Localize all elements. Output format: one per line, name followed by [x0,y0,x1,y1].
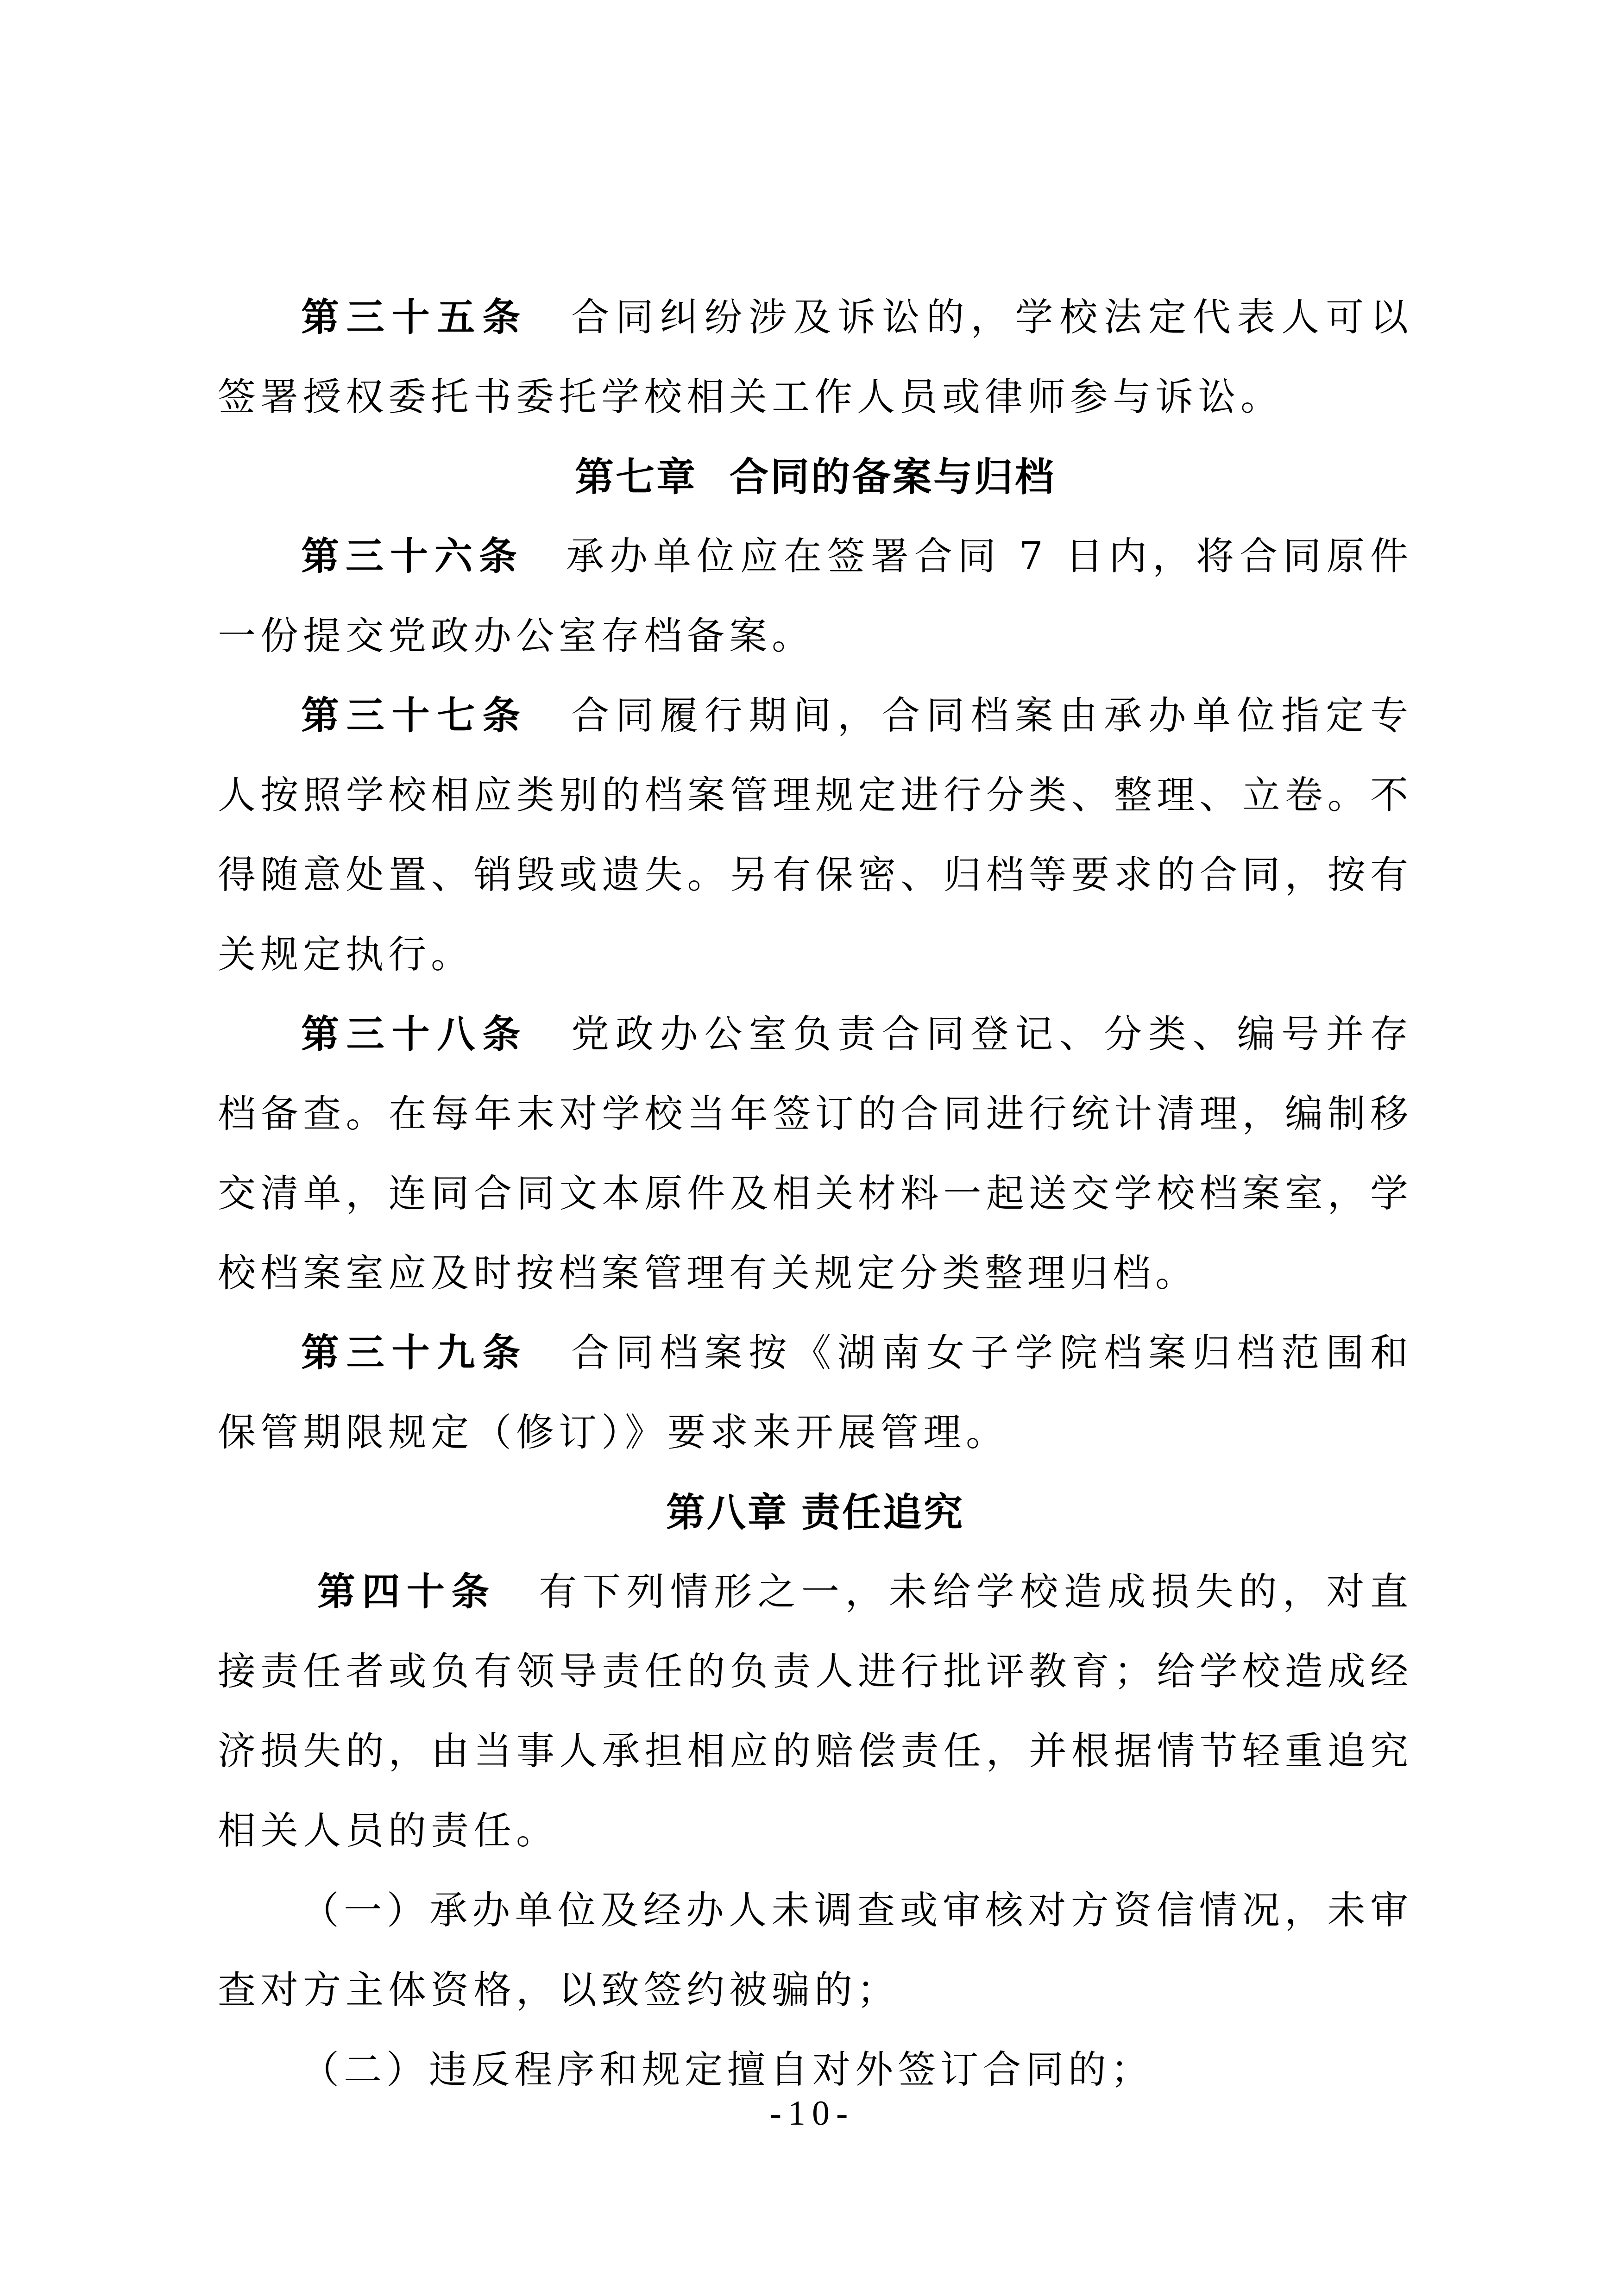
article-heading: 第四十条 [317,1570,496,1614]
article-40: 第四十条有下列情形之一，未给学校造成损失的，对直接责任者或负有领导责任的负责人进… [218,1552,1413,1871]
article-heading: 第三十六条 [301,534,523,578]
chapter-number: 第七章 [575,454,697,500]
chapter-number: 第八章 [666,1490,788,1535]
item-text: （二）违反程序和规定擅自对外签订合同的； [301,2048,1153,2092]
article-35: 第三十五条合同纠纷涉及诉讼的，学校法定代表人可以签署授权委托书委托学校相关工作人… [218,278,1413,437]
article-39: 第三十九条合同档案按《湖南女子学院档案归档范围和保管期限规定（修订）》要求来开展… [218,1313,1413,1473]
article-36: 第三十六条承办单位应在签署合同 7 日内，将合同原件一份提交党政办公室存档备案。 [218,517,1413,676]
chapter-7-heading: 第七章合同的备案与归档 [218,437,1413,517]
chapter-title: 责任追究 [801,1490,964,1535]
article-heading: 第三十九条 [301,1331,528,1375]
page-number: -10- [0,2093,1624,2133]
article-heading: 第三十八条 [301,1012,528,1056]
chapter-8-heading: 第八章责任追究 [218,1473,1413,1552]
article-37: 第三十七条合同履行期间，合同档案由承办单位指定专人按照学校相应类别的档案管理规定… [218,676,1413,995]
article-heading: 第三十五条 [301,295,528,339]
document-page: 第三十五条合同纠纷涉及诉讼的，学校法定代表人可以签署授权委托书委托学校相关工作人… [218,278,1413,2110]
list-item-1: （一）承办单位及经办人未调查或审核对方资信情况，未审查对方主体资格，以致签约被骗… [218,1871,1413,2030]
article-38: 第三十八条党政办公室负责合同登记、分类、编号并存档备查。在每年末对学校当年签订的… [218,995,1413,1313]
chapter-title: 合同的备案与归档 [730,454,1056,500]
article-heading: 第三十七条 [301,694,528,738]
item-text: （一）承办单位及经办人未调查或审核对方资信情况，未审查对方主体资格，以致签约被骗… [218,1888,1413,2012]
